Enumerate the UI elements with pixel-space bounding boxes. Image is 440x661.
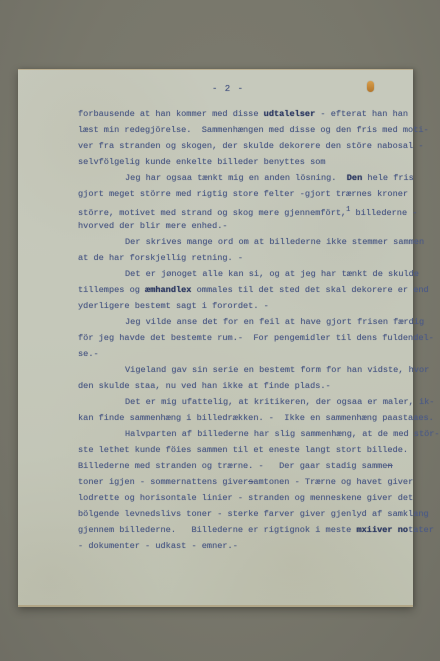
document-page: - 2 - forbausende at han kommer med diss…	[18, 69, 413, 607]
text-segment: Vigeland gav sin serie en bestemt form f…	[125, 365, 429, 375]
page-number: - 2 -	[78, 84, 378, 94]
text-segment: udtalelser	[264, 109, 316, 119]
text-segment: gjennem billederne. Billederne er rigtig…	[78, 525, 356, 535]
text-line: ste lethet kunde föies sammen til et ene…	[78, 442, 416, 458]
text-line: Det er mig ufattelig, at kritikeren, der…	[78, 394, 416, 410]
text-segment: - efterat han han	[315, 109, 408, 119]
text-line: at de har forskjellig retning. -	[78, 250, 416, 266]
text-line: tillempes og æmhandlex ommales til det s…	[78, 282, 416, 298]
text-segment: Billederne med stranden og trærne. - Der…	[78, 461, 387, 471]
text-line: Jeg vilde anse det for en feil at have g…	[78, 314, 416, 330]
text-line: gjort meget större med rigtig store felt…	[78, 186, 416, 202]
text-line: Jeg har ogsaa tænkt mig en anden lösning…	[78, 170, 416, 186]
document-text: forbausende at han kommer med disse udta…	[78, 106, 416, 554]
text-line: kan finde sammenhæng i billedrækken. - I…	[78, 410, 416, 426]
text-segment: gjort meget större med rigtig store felt…	[78, 189, 408, 199]
text-segment: tater	[408, 525, 434, 535]
text-line: forbausende at han kommer med disse udta…	[78, 106, 416, 122]
text-segment: Jeg har ogsaa tænkt mig en anden lösning…	[125, 173, 347, 183]
text-segment: æmhandlex	[145, 285, 191, 295]
text-segment: selvfölgelig kunde enkelte billeder beny…	[78, 157, 326, 167]
text-segment: tillempes og	[78, 285, 145, 295]
text-segment: bölgende levnedslivs toner - sterke farv…	[78, 509, 429, 519]
text-line: Det er jønoget alle kan si, og at jeg ha…	[78, 266, 416, 282]
text-segment: för jeg havde det bestemte rum.- For pen…	[78, 333, 434, 343]
text-line: lodrette og horisontale linier - strande…	[78, 490, 416, 506]
text-segment: kan finde sammenhæng i billedrækken. - I…	[78, 413, 434, 423]
text-line: toner igjen - sommernattens giversamtone…	[78, 474, 416, 490]
text-line: - dokumenter - udkast - emner.-	[78, 538, 416, 554]
text-line: Der skrives mange ord om at billederne i…	[78, 234, 416, 250]
text-segment: mxiiver no	[356, 525, 408, 535]
text-line: ver fra stranden og skogen, der skulde d…	[78, 138, 416, 154]
text-segment: ommales til det sted det skal dekorere e…	[191, 285, 428, 295]
text-segment: ste lethet kunde föies sammen til et ene…	[78, 445, 408, 455]
text-segment: at de har forskjellig retning. -	[78, 253, 243, 263]
text-line: Halvparten af billederne har slig sammen…	[78, 426, 416, 442]
text-line: bölgende levnedslivs toner - sterke farv…	[78, 506, 416, 522]
text-segment: Jeg vilde anse det for en feil at have g…	[125, 317, 424, 327]
text-segment: Halvparten af billederne har slig sammen…	[125, 429, 440, 439]
text-line: den skulde staa, nu ved han ikke at find…	[78, 378, 416, 394]
text-line: större, motivet med strand og skog mere …	[78, 202, 416, 218]
text-line: gjennem billederne. Billederne er rigtig…	[78, 522, 416, 538]
text-segment: se.-	[78, 349, 99, 359]
text-line: yderligere bestemt sagt i forordet. -	[78, 298, 416, 314]
text-segment: læst min redegjörelse. Sammenhængen med …	[78, 125, 429, 135]
text-segment: yderligere bestemt sagt i forordet. -	[78, 301, 269, 311]
text-segment: Det er jønoget alle kan si, og at jeg ha…	[125, 269, 419, 279]
text-line: för jeg havde det bestemte rum.- For pen…	[78, 330, 416, 346]
text-segment: toner igjen - sommernattens giver	[78, 477, 248, 487]
text-segment: Der skrives mange ord om at billederne i…	[125, 237, 424, 247]
photo-background: - 2 - forbausende at han kommer med diss…	[0, 0, 440, 661]
text-line: Vigeland gav sin serie en bestemt form f…	[78, 362, 416, 378]
text-line: læst min redegjörelse. Sammenhængen med …	[78, 122, 416, 138]
text-segment: Det er mig ufattelig, at kritikeren, der…	[125, 397, 434, 407]
text-segment: hele fris	[362, 173, 414, 183]
text-line: Billederne med stranden og trærne. - Der…	[78, 458, 416, 474]
text-segment: billederne -	[350, 208, 417, 218]
text-segment: den skulde staa, nu ved han ikke at find…	[78, 381, 331, 391]
text-segment: Den	[347, 173, 362, 183]
text-segment: större, motivet med strand og skog mere …	[78, 208, 346, 218]
text-segment: - dokumenter - udkast - emner.-	[78, 541, 238, 551]
text-segment: amtonen - Trærne og havet giver	[253, 477, 413, 487]
text-segment: ver fra stranden og skogen, der skulde d…	[78, 141, 424, 151]
text-segment: hvorved der blir mere enhed.-	[78, 221, 228, 231]
text-segment: lodrette og horisontale linier - strande…	[78, 493, 413, 503]
text-segment: forbausende at han kommer med disse	[78, 109, 264, 119]
text-line: selvfölgelig kunde enkelte billeder beny…	[78, 154, 416, 170]
text-segment: n	[387, 461, 392, 471]
text-line: hvorved der blir mere enhed.-	[78, 218, 416, 234]
text-line: se.-	[78, 346, 416, 362]
